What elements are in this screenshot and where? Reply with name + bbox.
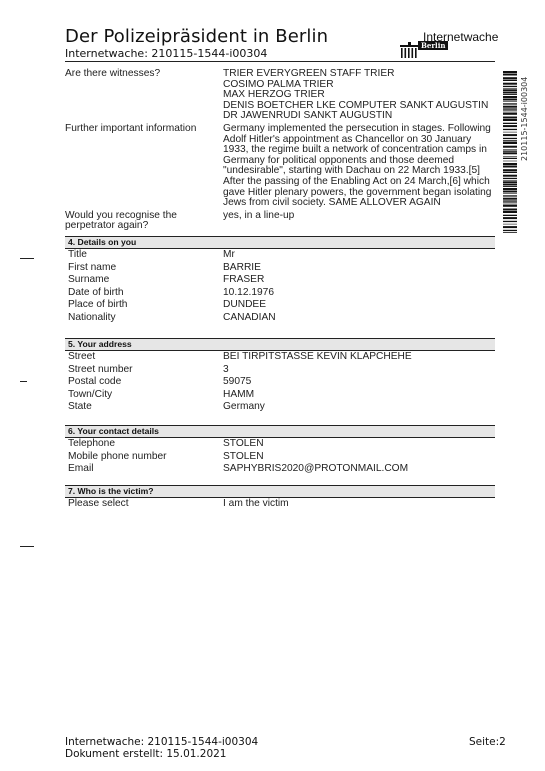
witness-line: DR JAWENRUDI SANKT AUGUSTIN [223, 111, 495, 122]
footer-case-number: Internetwache: 210115-1544-i00304 [65, 736, 258, 748]
footer-created-date: Dokument erstellt: 15.01.2021 [65, 748, 258, 760]
further-info-label: Further important information [65, 124, 223, 209]
field-value: Mr [223, 249, 495, 262]
field-value: BARRIE [223, 262, 495, 275]
barcode [503, 71, 517, 233]
field-value: STOLEN [223, 451, 495, 464]
brandenburg-gate-icon [400, 42, 420, 58]
field-row: NationalityCANADIAN [68, 312, 495, 325]
field-label: Street [68, 351, 223, 364]
barcode-text: 210115-1544-i00304 [520, 71, 530, 161]
section-heading: 6. Your contact details [65, 425, 495, 438]
field-label: Please select [68, 498, 223, 511]
field-value: STOLEN [223, 438, 495, 451]
field-row: EmailSAPHYBRIS2020@PROTONMAIL.COM [68, 463, 495, 476]
field-label: Mobile phone number [68, 451, 223, 464]
field-value: DUNDEE [223, 299, 495, 312]
field-row: Street number3 [68, 364, 495, 377]
field-row: TelephoneSTOLEN [68, 438, 495, 451]
field-label: State [68, 401, 223, 414]
recognise-value: yes, in a line-up [223, 211, 495, 232]
field-row: Place of birthDUNDEE [68, 299, 495, 312]
field-value: Germany [223, 401, 495, 414]
further-info-value: Germany implemented the persecution in s… [223, 124, 495, 209]
field-row: Please selectI am the victim [68, 498, 495, 511]
field-value: HAMM [223, 389, 495, 402]
section-heading: 5. Your address [65, 338, 495, 351]
witnesses-row: Are there witnesses? TRIER EVERYGREEN ST… [65, 69, 495, 122]
section-heading: 7. Who is the victim? [65, 485, 495, 498]
incident-details: Are there witnesses? TRIER EVERYGREEN ST… [65, 69, 495, 232]
witness-line: TRIER EVERYGREEN STAFF TRIER [223, 69, 495, 80]
fold-mark [20, 546, 34, 547]
witnesses-value: TRIER EVERYGREEN STAFF TRIER COSIMO PALM… [223, 69, 495, 122]
field-label: Title [68, 249, 223, 262]
field-label: Place of birth [68, 299, 223, 312]
field-value: SAPHYBRIS2020@PROTONMAIL.COM [223, 463, 495, 476]
field-label: Email [68, 463, 223, 476]
field-value: 59075 [223, 376, 495, 389]
document-page: Der Polizeipräsident in Berlin Internetw… [0, 0, 545, 771]
section-your-address: 5. Your address StreetBEI TIRPITSTASSE K… [65, 338, 495, 414]
field-row: Postal code59075 [68, 376, 495, 389]
section-heading: 4. Details on you [65, 236, 495, 249]
section-contact-details: 6. Your contact details TelephoneSTOLEN … [65, 425, 495, 476]
further-info-row: Further important information Germany im… [65, 124, 495, 209]
field-row: StateGermany [68, 401, 495, 414]
field-value: BEI TIRPITSTASSE KEVIN KLAPCHEHE [223, 351, 495, 364]
field-row: TitleMr [68, 249, 495, 262]
field-label: First name [68, 262, 223, 275]
section-who-is-victim: 7. Who is the victim? Please selectI am … [65, 485, 495, 511]
punch-mark [20, 381, 27, 382]
section-rows: TitleMr First nameBARRIE SurnameFRASER D… [65, 249, 495, 325]
field-value: I am the victim [223, 498, 495, 511]
recognise-row: Would you recognise the perpetrator agai… [65, 211, 495, 232]
field-label: Telephone [68, 438, 223, 451]
field-row: Town/CityHAMM [68, 389, 495, 402]
field-label: Town/City [68, 389, 223, 402]
fold-mark [20, 258, 34, 259]
field-label: Date of birth [68, 287, 223, 300]
header-divider [65, 61, 495, 62]
field-value: FRASER [223, 274, 495, 287]
section-rows: StreetBEI TIRPITSTASSE KEVIN KLAPCHEHE S… [65, 351, 495, 414]
recognise-label: Would you recognise the perpetrator agai… [65, 211, 223, 232]
field-label: Street number [68, 364, 223, 377]
field-row: SurnameFRASER [68, 274, 495, 287]
field-row: Mobile phone numberSTOLEN [68, 451, 495, 464]
section-rows: Please selectI am the victim [65, 498, 495, 511]
field-row: StreetBEI TIRPITSTASSE KEVIN KLAPCHEHE [68, 351, 495, 364]
field-label: Surname [68, 274, 223, 287]
field-value: 10.12.1976 [223, 287, 495, 300]
field-label: Nationality [68, 312, 223, 325]
field-row: Date of birth10.12.1976 [68, 287, 495, 300]
info-line: After the passing of the Enabling Act on… [223, 177, 495, 188]
witnesses-label: Are there witnesses? [65, 69, 223, 122]
case-number-header: Internetwache: 210115-1544-i00304 [65, 47, 267, 60]
section-details-on-you: 4. Details on you TitleMr First nameBARR… [65, 236, 495, 325]
info-line: Jews from civil society. SAME ALLOVER AG… [223, 198, 495, 209]
field-label: Postal code [68, 376, 223, 389]
logo-berlin-badge: Berlin [418, 41, 448, 50]
field-value: CANADIAN [223, 312, 495, 325]
field-value: 3 [223, 364, 495, 377]
field-row: First nameBARRIE [68, 262, 495, 275]
footer: Internetwache: 210115-1544-i00304 Dokume… [65, 736, 258, 760]
page-number: Seite:2 [469, 736, 506, 748]
page-title: Der Polizeipräsident in Berlin [65, 27, 328, 47]
recognise-label-line: perpetrator again? [65, 221, 223, 232]
info-line: Germany implemented the persecution in s… [223, 124, 495, 135]
section-rows: TelephoneSTOLEN Mobile phone numberSTOLE… [65, 438, 495, 476]
